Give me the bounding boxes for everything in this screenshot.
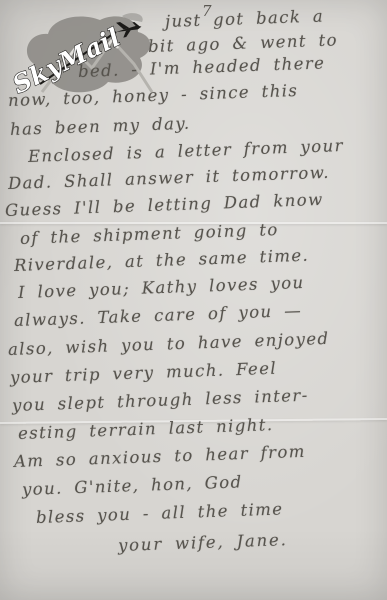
handwriting-line: Dad. Shall answer it tomorrow.: [8, 163, 331, 193]
handwriting-line: always. Take care of you —: [14, 301, 303, 330]
handwriting-line: Enclosed is a letter from your: [28, 136, 345, 166]
handwriting-line: also, wish you to have enjoyed: [8, 329, 330, 359]
handwriting-line: you. G'nite, hon, God: [22, 472, 243, 499]
handwriting-line: of the shipment going to: [20, 220, 279, 248]
handwriting-line: has been my day.: [10, 114, 191, 139]
handwriting-line: esting terrain last night.: [18, 415, 274, 443]
letter-page: 7 SkyMail just got back a bit ago & went…: [0, 0, 387, 600]
handwriting-line: your trip very much. Feel: [10, 359, 278, 387]
handwriting-line: Am so anxious to hear from: [14, 442, 306, 471]
handwriting-line: just got back a: [165, 6, 325, 31]
handwriting-line: I love you; Kathy loves you: [18, 273, 305, 302]
handwriting-line: bit ago & went to: [148, 30, 339, 56]
signature-line: your wife, Jane.: [118, 530, 288, 555]
handwriting-line: you slept through less inter-: [12, 386, 309, 415]
handwriting-line: bless you - all the time: [36, 499, 284, 527]
handwriting-line: Guess I'll be letting Dad know: [5, 190, 324, 220]
handwriting-line: Riverdale, at the same time.: [14, 246, 310, 275]
